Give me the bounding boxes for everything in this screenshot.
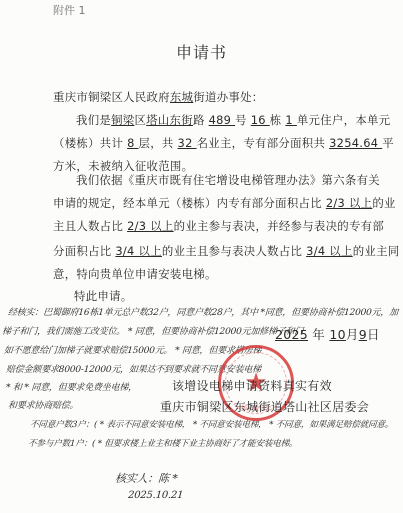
- verifier-signature: 核实人：陈 *: [114, 470, 178, 486]
- verify-date: 2025.10.21: [128, 490, 184, 501]
- handwritten-note-line: 如不愿意给门加梯子就要求赔偿15000元。 * 同意，但要求搭房梯: [4, 343, 262, 356]
- handwritten-note-line: * 和 * 同意，但要求免费坐电梯，: [6, 380, 138, 393]
- handwritten-note-line: 和要求协商赔偿。: [8, 398, 79, 411]
- attachment-label: 附件 1: [53, 2, 86, 18]
- handwritten-note-line: 经核实：巴蜀御府16栋1单元总户数32户，同意户数28户，其中 *同意，但要协商…: [8, 305, 399, 318]
- handwritten-note-line: 不参与户数1户：( * 但要求楼上业主和楼下业主协商好了才能安装电梯。: [28, 437, 298, 449]
- handwritten-note-line: 不同意户数3户：( * 表示不同意安装电梯， * 不同意安装电梯， * 不同意，…: [30, 418, 394, 430]
- para2-line2: 申请的规定，经本单元（楼栋）内专有部分面积占比 2/3 以上的业: [53, 195, 396, 211]
- addressee: 重庆市铜梁区人民政府东城街道办事处：: [53, 89, 263, 105]
- para2-line4: 分面积占比 3/4 以上的业主且参与表决人数占比 3/4 以上的业主同: [53, 243, 399, 259]
- para1-line1: 我们是铜梁区塔山东街路 489 号 16 栋 1 单元住户，本单元: [76, 112, 390, 128]
- para1-line2: （楼栋）共计 8 层，共 32 名业主，专有部分面积共 3254.64 平: [53, 135, 394, 151]
- para2-line5: 意，特向贵单位申请安装电梯。: [53, 266, 217, 282]
- application-date: 2025 年 10月9日: [275, 325, 380, 343]
- document-title: 申请书: [0, 40, 403, 63]
- para2-line1: 我们依据《重庆市既有住宅增设电梯管理办法》第六条有关: [76, 172, 380, 188]
- closing-text: 特此申请。: [74, 288, 132, 304]
- document-page: 附件 1 申请书 重庆市铜梁区人民政府东城街道办事处： 我们是铜梁区塔山东街路 …: [0, 0, 403, 513]
- committee-name: 重庆市铜梁区东城街道塔山社区居委会: [160, 398, 369, 415]
- handwritten-note-line: 梯子和门，我们需施工改变位。 * 同意，但要协商补偿12000元加修梯子和门: [2, 324, 304, 337]
- para2-line3: 主且人数占比 2/3 以上的业主参与表决，并经参与表决的专有部: [53, 218, 384, 234]
- certification-text: 该增设电梯申请资料真实有效: [172, 377, 332, 394]
